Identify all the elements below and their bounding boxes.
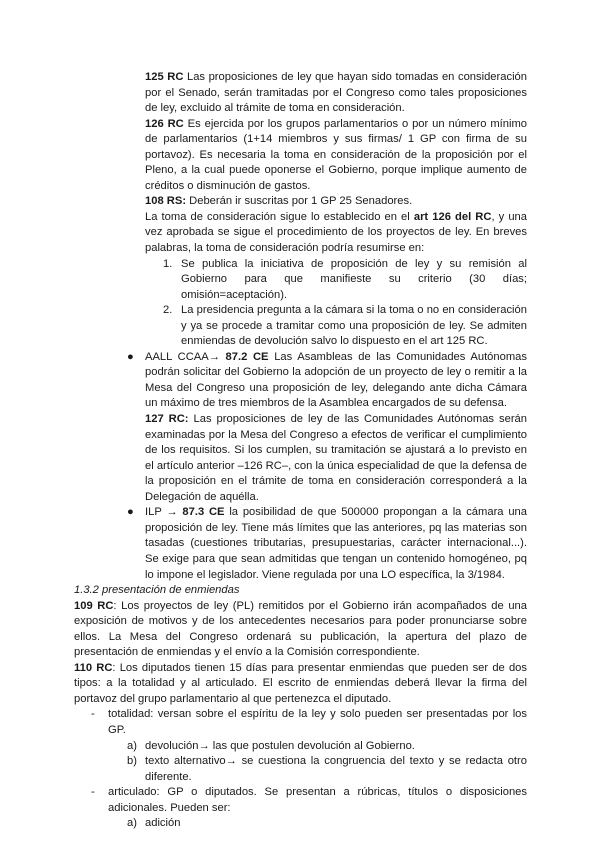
list-item: 2.La presidencia pregunta a la cámara si… <box>163 303 527 350</box>
bullet-ilp: ●ILP → 87.3 CE la posibilidad de que 500… <box>74 505 527 583</box>
paragraph-text: Las proposiciones de ley de las Comunida… <box>145 413 527 503</box>
paragraph-109-rc: 109 RC: Los proyectos de ley (PL) remiti… <box>74 599 527 661</box>
paragraph-108-rs: 108 RS: Deberán ir suscritas por 1 GP 25… <box>145 194 527 210</box>
bullet-text: ILP → <box>145 506 182 518</box>
dash-item-articulado: -articulado: GP o diputados. Se presenta… <box>74 785 527 816</box>
list-letter: a) <box>127 816 137 832</box>
dash-item-text: totalidad: versan sobre el espíritu de l… <box>108 708 527 736</box>
article-ref: art 126 del RC <box>414 211 492 223</box>
paragraph-110-rc: 110 RC: Los diputados tienen 15 días par… <box>74 661 527 708</box>
lettered-list: a)devolución→ las que postulen devolució… <box>127 739 527 786</box>
article-ref: 125 RC <box>145 71 183 83</box>
list-item-text: devolución→ las que postulen devolución … <box>145 740 415 752</box>
list-item: a)devolución→ las que postulen devolució… <box>127 739 527 755</box>
dash-marker: - <box>91 707 95 723</box>
paragraph-126-rc: 126 RC Es ejercida por los grupos parlam… <box>145 117 527 195</box>
dash-marker: - <box>91 785 95 801</box>
paragraph-text: Es ejercida por los grupos parlamentario… <box>145 118 527 192</box>
article-ref: 87.3 CE <box>182 506 224 518</box>
article-ref: 110 RC <box>74 662 112 674</box>
paragraph-text: : Los proyectos de ley (PL) remitidos po… <box>74 600 527 659</box>
bullet-text: AALL CCAA→ <box>145 351 226 363</box>
paragraph-text: Las proposiciones de ley que hayan sido … <box>145 71 527 114</box>
list-item-text: texto alternativo→ se cuestiona la congr… <box>145 755 527 783</box>
paragraph-toma: La toma de consideración sigue lo establ… <box>145 210 527 257</box>
bullet-icon: ● <box>127 505 134 521</box>
paragraph-text: : Los diputados tienen 15 días para pres… <box>74 662 527 705</box>
article-ref: 127 RC: <box>145 413 189 425</box>
list-item: b)texto alternativo→ se cuestiona la con… <box>127 754 527 785</box>
list-item-text: Se publica la iniciativa de proposición … <box>181 258 527 301</box>
list-number: 1. <box>163 257 172 273</box>
numbered-list: 1.Se publica la iniciativa de proposició… <box>163 257 527 350</box>
dash-item-text: articulado: GP o diputados. Se presentan… <box>108 786 527 814</box>
dash-item-totalidad: -totalidad: versan sobre el espíritu de … <box>74 707 527 738</box>
article-ref: 87.2 CE <box>226 351 269 363</box>
paragraph-text: La toma de consideración sigue lo establ… <box>145 211 414 223</box>
list-item: 1.Se publica la iniciativa de proposició… <box>163 257 527 304</box>
list-letter: b) <box>127 754 137 770</box>
list-number: 2. <box>163 303 172 319</box>
article-ref: 126 RC <box>145 118 184 130</box>
bullet-ccaa: ●AALL CCAA→ 87.2 CE Las Asambleas de las… <box>74 350 527 412</box>
section-heading: 1.3.2 presentación de enmiendas <box>74 583 527 599</box>
list-letter: a) <box>127 739 137 755</box>
bullet-icon: ● <box>127 350 134 366</box>
list-item-text: La presidencia pregunta a la cámara si l… <box>181 304 527 347</box>
lettered-list: a)adición <box>127 816 527 832</box>
article-ref: 109 RC <box>74 600 113 612</box>
paragraph-text: Deberán ir suscritas por 1 GP 25 Senador… <box>186 195 412 207</box>
list-item-text: adición <box>145 817 180 829</box>
document-page: 125 RC Las proposiciones de ley que haya… <box>74 70 527 832</box>
paragraph-127-rc: 127 RC: Las proposiciones de ley de las … <box>145 412 527 505</box>
paragraph-125-rc: 125 RC Las proposiciones de ley que haya… <box>145 70 527 117</box>
list-item: a)adición <box>127 816 527 832</box>
article-ref: 108 RS: <box>145 195 186 207</box>
